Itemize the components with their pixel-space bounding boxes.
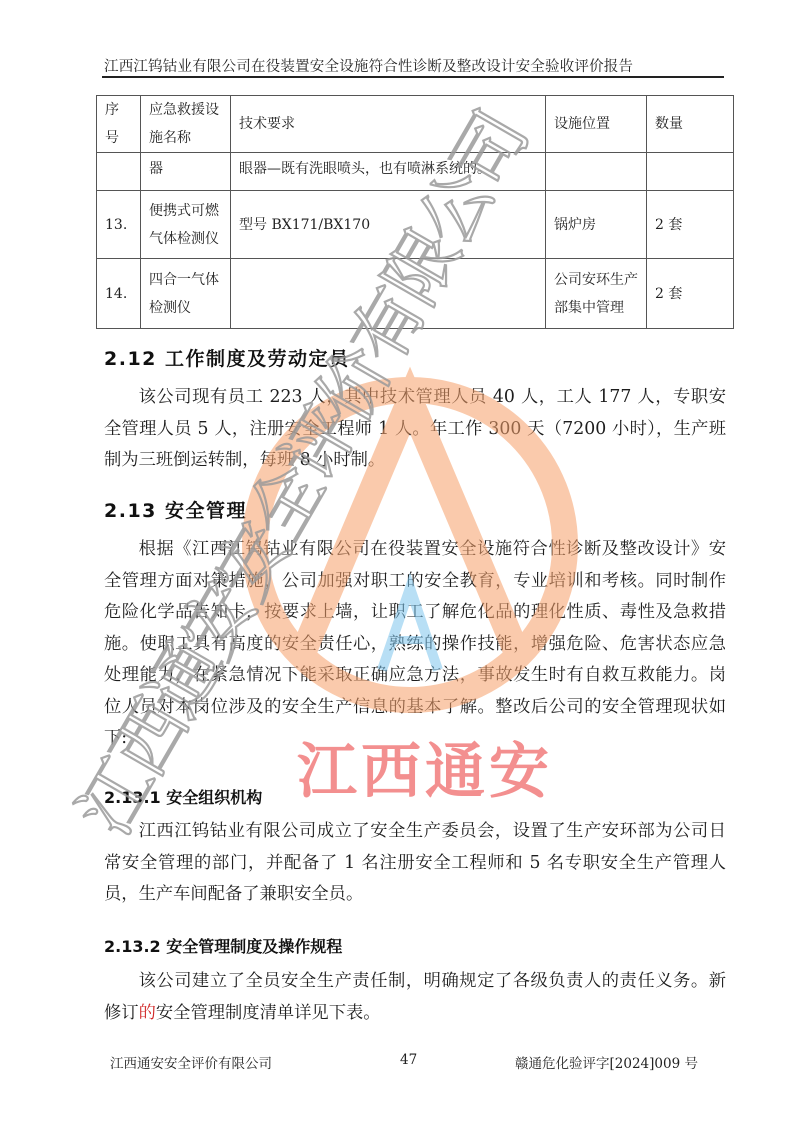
paragraph-text-part2: 安全管理制度清单详见下表。 xyxy=(156,1003,381,1023)
table-header-row: 序号 应急救援设 施名称 技术要求 设施位置 数量 xyxy=(97,96,734,153)
section-heading-2-13: 2.13 安全管理 xyxy=(104,496,247,523)
header-rule xyxy=(102,76,724,78)
cell-name-line1: 便携式可燃 xyxy=(149,197,222,225)
running-header: 江西江钨钴业有限公司在役装置安全设施符合性诊断及整改设计安全验收评价报告 xyxy=(104,55,724,76)
section-heading-2-12: 2.12 工作制度及劳动定员 xyxy=(104,344,350,371)
header-cell-name: 应急救援设 施名称 xyxy=(141,96,231,153)
cell-name: 器 xyxy=(141,153,231,191)
footer-company: 江西通安安全评价有限公司 xyxy=(110,1052,272,1072)
cell-tech xyxy=(231,259,546,329)
table-row: 14. 四合一气体 检测仪 公司安环生产 部集中管理 2 套 xyxy=(97,259,734,329)
section-paragraph-2-13: 根据《江西江钨钴业有限公司在役装置安全设施符合性诊断及整改设计》安全管理方面对策… xyxy=(104,534,726,755)
cell-location: 锅炉房 xyxy=(546,191,647,259)
cell-name: 便携式可燃 气体检测仪 xyxy=(141,191,231,259)
header-name-line1: 应急救援设 xyxy=(149,96,222,124)
section-heading-2-13-1: 2.13.1 安全组织机构 xyxy=(104,785,262,808)
cell-qty: 2 套 xyxy=(647,191,734,259)
cell-location xyxy=(546,153,647,191)
cell-name-line2: 气体检测仪 xyxy=(149,225,222,253)
header-cell-location: 设施位置 xyxy=(546,96,647,153)
header-cell-qty: 数量 xyxy=(647,96,734,153)
cell-qty xyxy=(647,153,734,191)
cell-tech: 眼器—既有洗眼喷头，也有喷淋系统的。 xyxy=(231,153,546,191)
cell-location-line2: 部集中管理 xyxy=(554,294,638,322)
footer-page-number: 47 xyxy=(400,1052,417,1068)
table-row: 器 眼器—既有洗眼喷头，也有喷淋系统的。 xyxy=(97,153,734,191)
table-row: 13. 便携式可燃 气体检测仪 型号 BX171/BX170 锅炉房 2 套 xyxy=(97,191,734,259)
section-paragraph-2-13-2: 该公司建立了全员安全生产责任制，明确规定了各级负责人的责任义务。新修订的安全管理… xyxy=(104,966,726,1029)
header-cell-no: 序号 xyxy=(97,96,141,153)
cell-location-line1: 公司安环生产 xyxy=(554,266,638,294)
header-name-line2: 施名称 xyxy=(149,124,222,152)
document-page: 江西江钨钴业有限公司在役装置安全设施符合性诊断及整改设计安全验收评价报告 序号 … xyxy=(0,0,800,1131)
section-paragraph-2-12: 该公司现有员工 223 人，其中技术管理人员 40 人，工人 177 人，专职安… xyxy=(104,382,726,477)
cell-tech: 型号 BX171/BX170 xyxy=(231,191,546,259)
section-paragraph-2-13-1: 江西江钨钴业有限公司成立了安全生产委员会，设置了生产安环部为公司日常安全管理的部… xyxy=(104,816,726,911)
header-cell-tech: 技术要求 xyxy=(231,96,546,153)
footer-document-number: 赣通危化验评字[2024]009 号 xyxy=(515,1052,698,1072)
cell-location: 公司安环生产 部集中管理 xyxy=(546,259,647,329)
paragraph-text-highlighted: 的 xyxy=(139,1003,156,1023)
section-heading-2-13-2: 2.13.2 安全管理制度及操作规程 xyxy=(104,934,342,957)
cell-no xyxy=(97,153,141,191)
cell-name-line1: 四合一气体 xyxy=(149,266,222,294)
cell-name-line2: 检测仪 xyxy=(149,294,222,322)
cell-name: 四合一气体 检测仪 xyxy=(141,259,231,329)
emergency-facilities-table: 序号 应急救援设 施名称 技术要求 设施位置 数量 器 眼器—既有洗眼喷头，也有… xyxy=(96,95,734,329)
cell-qty: 2 套 xyxy=(647,259,734,329)
cell-no: 13. xyxy=(97,191,141,259)
cell-no: 14. xyxy=(97,259,141,329)
